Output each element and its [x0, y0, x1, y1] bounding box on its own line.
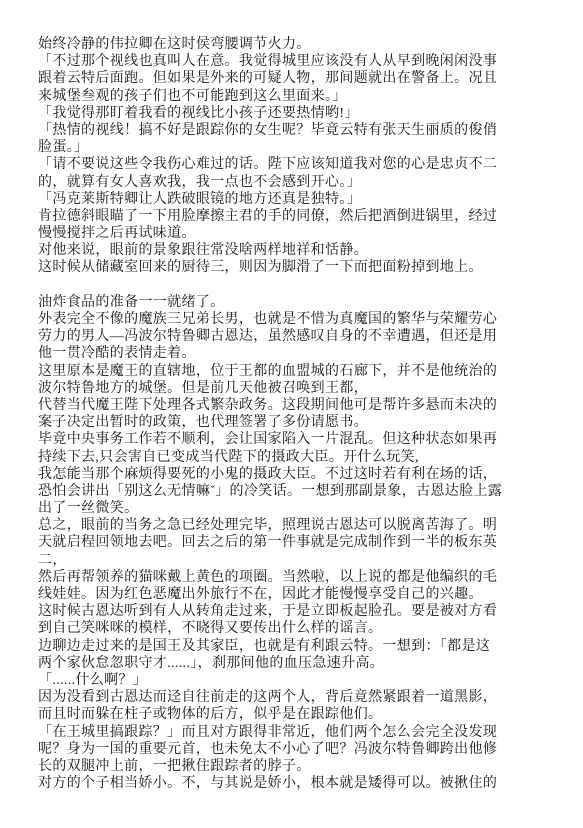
blank-line	[38, 277, 555, 294]
text-line: 「我觉得那盯着我看的视线比小孩子还要热情哟!」	[38, 105, 555, 122]
text-line: 「请不要说这些令我伤心难过的话。陛下应该知道我对您的心是忠贞不二	[38, 156, 555, 173]
text-line: 这时候古恩达听到有人从转角走过来，于是立即板起脸孔。要是被对方看	[38, 603, 555, 620]
text-line: 「不过那个视线也真叫人在意。我觉得城里应该没有人从早到晚闲闲没事	[38, 53, 555, 70]
text-line: 我怎能当那个麻烦得要死的小鬼的摄政大臣。不过这时若有利在场的话，	[38, 466, 555, 483]
text-line: 来城堡叁观的孩子们也不可能跑到这么里面来。」	[38, 88, 555, 105]
text-line: 始终冷静的伟拉卿在这时侯弯腰调节火力。	[38, 36, 555, 53]
text-line: 毕竟中央事务工作若不顺利，会让国家陷入一片混乱。但这种状态如果再	[38, 431, 555, 448]
text-line: 「......什么啊？」	[38, 672, 555, 689]
text-line: 线娃娃。因为红色恶魔出外旅行不在，因此才能慢慢享受自己的兴趣。	[38, 586, 555, 603]
text-line: 对方的个子相当娇小。不，与其说是娇小，根本就是矮得可以。被揪住的	[38, 775, 555, 792]
text-line: 外表完全不像的魔族三兄弟长男，也就是不惜为真魔国的繁华与荣耀劳心	[38, 311, 555, 328]
text-line: 脸蛋。」	[38, 139, 555, 156]
text-line: 对他来说，眼前的景象跟往常没啥两样地祥和恬静。	[38, 242, 555, 259]
text-line: 他一贯冷酷的表情走着。	[38, 345, 555, 362]
text-line: 二，	[38, 552, 555, 569]
text-line: 持续下去,只会害自已变成当代陛下的摄政大臣。开什么玩笑,	[38, 449, 555, 466]
text-line: 慢慢搅拌之后再试味道。	[38, 225, 555, 242]
text-line: 边聊边走过来的是国王及其家臣，也就是有利跟云特。一想到：「都是这	[38, 638, 555, 655]
text-line: 案子决定出暂时的政策，也代理签署了多份请愿书。	[38, 414, 555, 431]
text-line: 长的双腿冲上前，一把揪住跟踪者的脖子。	[38, 758, 555, 775]
text-line: 肯拉德斜眼瞄了一下用脸摩擦主君的手的同僚，然后把酒倒进锅里，经过	[38, 208, 555, 225]
text-line: 这里原本是魔王的直辖地，位于王都的血盟城的石廊下，并不是他统治的	[38, 363, 555, 380]
novel-text-block: 始终冷静的伟拉卿在这时侯弯腰调节火力。 「不过那个视线也真叫人在意。我觉得城里应…	[38, 36, 555, 792]
text-line: 恐怕会讲出「别这么无情嘛ˇ」的冷笑话。一想到那副景象，古恩达脸上露	[38, 483, 555, 500]
text-line: 跟着云特后面跑。但如果是外来的可疑人物，那间题就出在警备上。况且	[38, 70, 555, 87]
text-line: 天就启程回领地去吧。回去之后的第一件事就是完成制作到一半的板东英	[38, 534, 555, 551]
text-line: 「冯克莱斯特卿让人跌破眼镜的地方还真是独特。」	[38, 191, 555, 208]
text-line: 呢？身为一国的重要元首，也未免太不小心了吧？冯波尔特鲁卿跨出他修	[38, 741, 555, 758]
text-line: 然后再帮领养的猫咪戴上黄色的项圈。当然啦，以上说的都是他编织的毛	[38, 569, 555, 586]
text-line: 而且时而躲在柱子或物体的后方，似乎是在跟踪他们。	[38, 706, 555, 723]
text-line: 波尔特鲁地方的城堡。但是前几天他被召唤到王都，	[38, 380, 555, 397]
text-line: 劳力的男人—冯波尔特鲁卿古恩达，虽然感叹自身的不幸遭遇，但还是用	[38, 328, 555, 345]
text-line: 两个家伙怠忽职守才......」，刹那间他的血压急速升高。	[38, 655, 555, 672]
text-line: 「热情的视线！搞不好是跟踪你的女生呢？毕竟云特有张天生丽质的俊俏	[38, 122, 555, 139]
text-line: 总之，眼前的当务之急已经处理完毕，照理说古恩达可以脱离苦海了。明	[38, 517, 555, 534]
text-line: 因为没看到古恩达而迳自往前走的这两个人，背后竟然紧跟着一道黑影，	[38, 689, 555, 706]
text-line: 到自己笑咪咪的模样，不晓得又要传出什么样的谣言。	[38, 620, 555, 637]
text-line: 这时候从储藏室回来的厨待三，则因为脚滑了一下而把面粉掉到地上。	[38, 259, 555, 276]
text-line: 代替当代魔王陛下处理各式繁杂政务。这段期间他可是帮许多悬而未决的	[38, 397, 555, 414]
text-line: 的，就算有女人喜欢我，我一点也不会感到开心。」	[38, 174, 555, 191]
text-line: 油炸食品的准备一一就绪了。	[38, 294, 555, 311]
text-line: 出了一丝微笑。	[38, 500, 555, 517]
text-line: 「在王城里搞跟踪？」而且对方跟得非常近，他们两个怎么会完全没发现	[38, 724, 555, 741]
document-page: 始终冷静的伟拉卿在这时侯弯腰调节火力。 「不过那个视线也真叫人在意。我觉得城里应…	[0, 0, 583, 828]
